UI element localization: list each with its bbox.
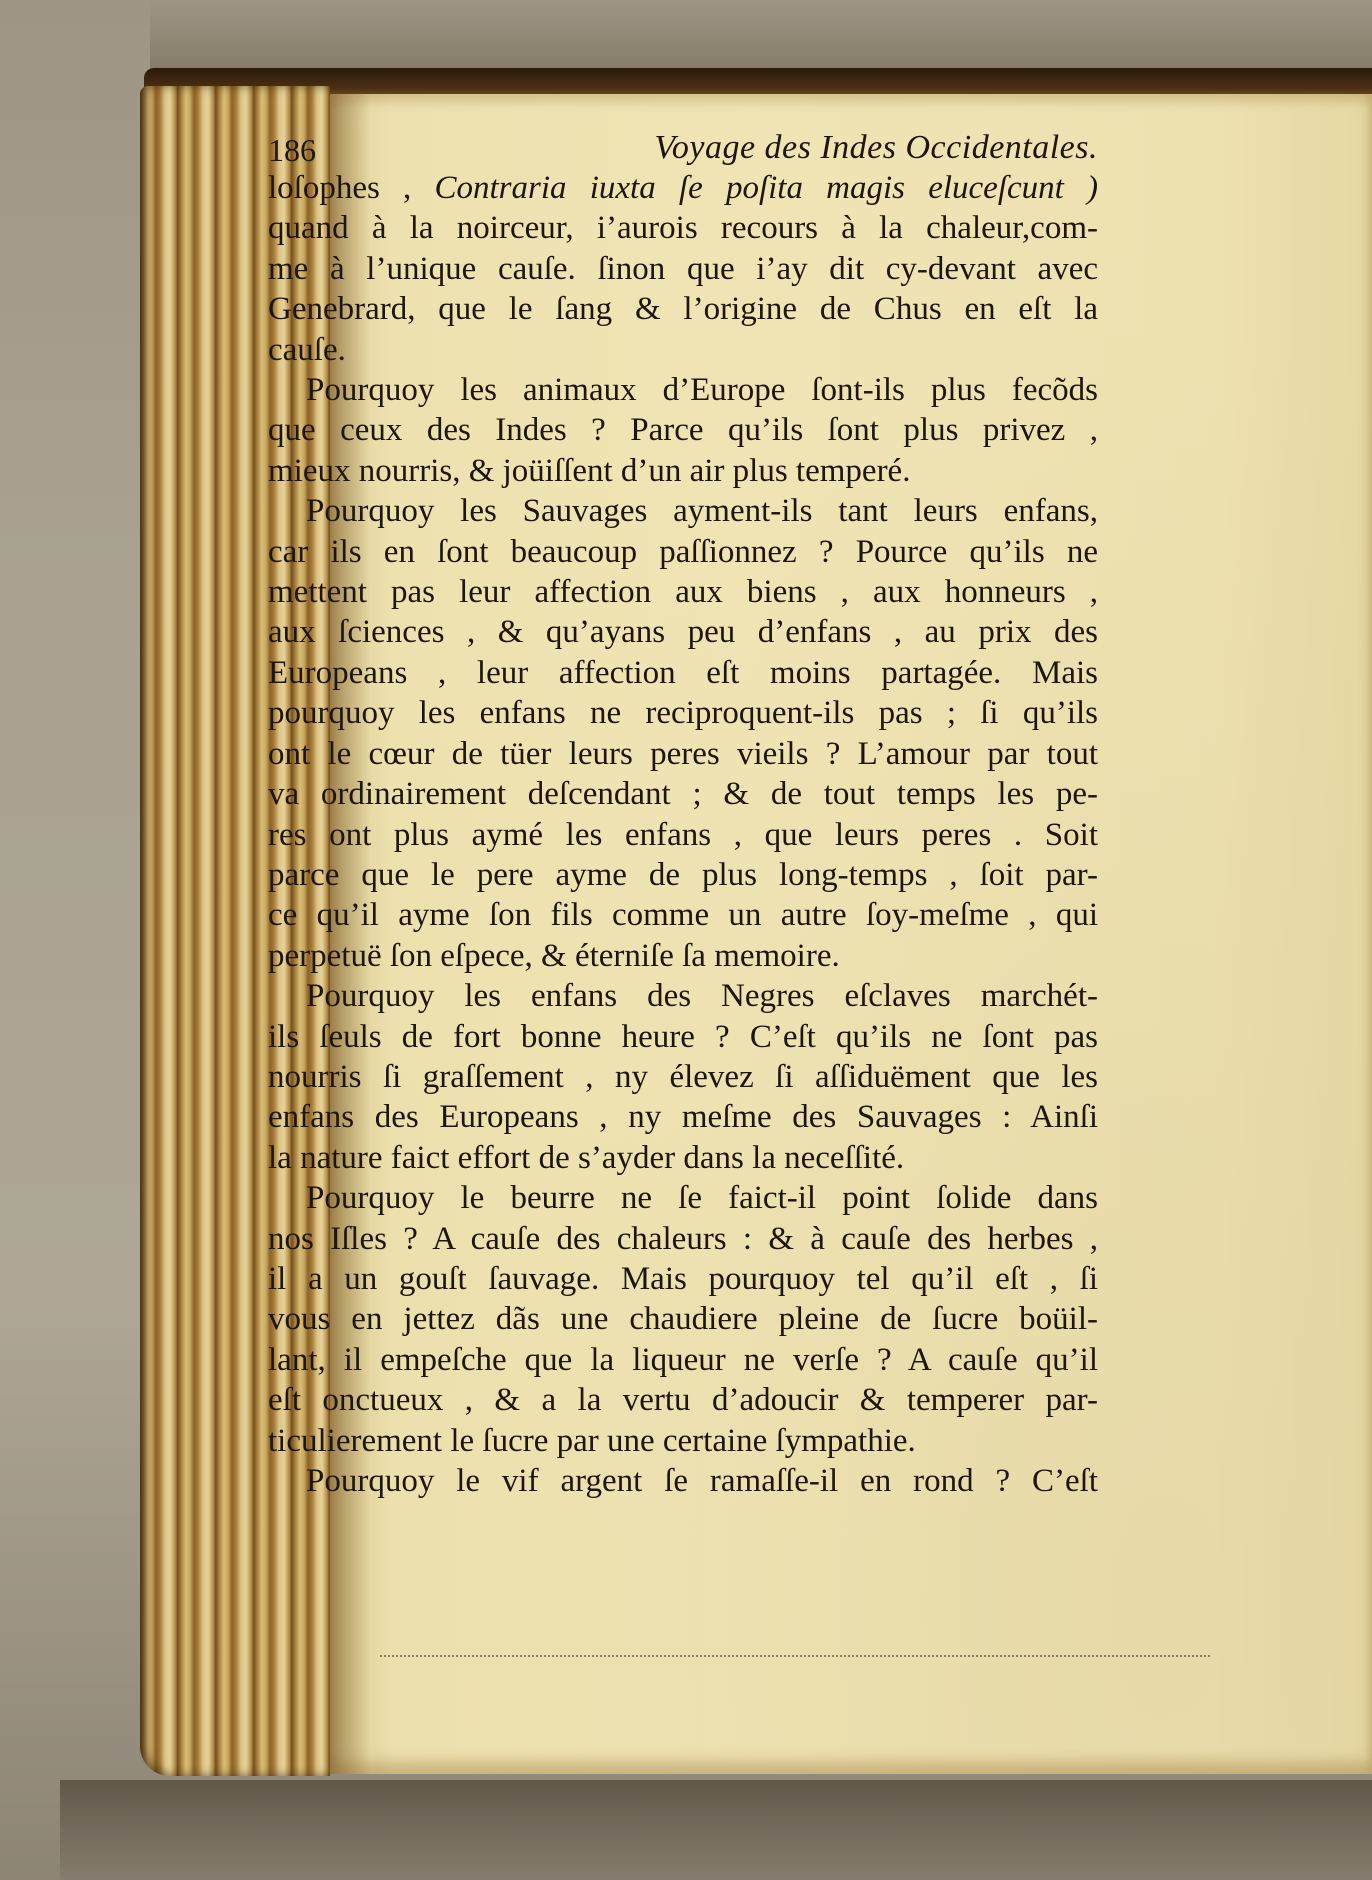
text-line: vous en jettez dãs une chaudiere pleine … bbox=[268, 1299, 1098, 1339]
text-line: ce qu’il ayme ſon fils comme un autre ſo… bbox=[268, 895, 1098, 935]
text-line: pourquoy les enfans ne reciproquent-ils … bbox=[268, 693, 1098, 733]
text-line: res ont plus aymé les enfans , que leurs… bbox=[268, 815, 1098, 855]
text-line: la nature faict effort de s’ayder dans l… bbox=[268, 1138, 1098, 1178]
text-line: nourris ſi graſſement , ny élevez ſi aſſ… bbox=[268, 1057, 1098, 1097]
text-line: que ceux des Indes ? Parce qu’ils ſont p… bbox=[268, 410, 1098, 450]
text-line: va ordinairement deſcendant ; & de tout … bbox=[268, 774, 1098, 814]
text-line: loſophes , Contraria iuxta ſe poſita mag… bbox=[268, 168, 1098, 208]
text-line: il a un gouſt ſauvage. Mais pourquoy tel… bbox=[268, 1259, 1098, 1299]
latin-quote: Contraria iuxta ſe poſita magis eluceſcu… bbox=[435, 170, 1099, 206]
text-line: Pourquoy le beurre ne ſe faict-il point … bbox=[268, 1178, 1098, 1218]
body-text: loſophes , Contraria iuxta ſe poſita mag… bbox=[268, 168, 1098, 1501]
text-line: nos Iſles ? A cauſe des chaleurs : & à c… bbox=[268, 1219, 1098, 1259]
text-line: mieux nourris, & joüiſſent d’un air plus… bbox=[268, 451, 1098, 491]
running-title: Voyage des Indes Occidentales. bbox=[654, 128, 1098, 168]
text-line: quand à la noirceur, i’aurois recours à … bbox=[268, 208, 1098, 248]
text-line: car ils en ſont beaucoup paſſionnez ? Po… bbox=[268, 532, 1098, 572]
text-line: Pourquoy les Sauvages ayment-ils tant le… bbox=[268, 491, 1098, 531]
ink-smudge-line bbox=[380, 1655, 1210, 1661]
photo-scene: 186 Voyage des Indes Occidentales. loſop… bbox=[0, 0, 1372, 1880]
text-line: Pourquoy les animaux d’Europe ſont-ils p… bbox=[268, 370, 1098, 410]
text-line: lant, il empeſche que la liqueur ne verſ… bbox=[268, 1340, 1098, 1380]
text-line: enfans des Europeans , ny meſme des Sauv… bbox=[268, 1097, 1098, 1137]
text-line: Genebrard, que le ſang & l’origine de Ch… bbox=[268, 289, 1098, 329]
text-line: aux ſciences , & qu’ayans peu d’enfans ,… bbox=[268, 612, 1098, 652]
text-line: cauſe. bbox=[268, 330, 1098, 370]
page-text-block: 186 Voyage des Indes Occidentales. loſop… bbox=[268, 124, 1098, 1501]
text-span: loſophes , bbox=[268, 170, 435, 206]
text-line: eſt onctueux , & a la vertu d’adoucir & … bbox=[268, 1380, 1098, 1420]
text-line: me à l’unique cauſe. ſinon que i’ay dit … bbox=[268, 249, 1098, 289]
page-number: 186 bbox=[268, 130, 316, 170]
text-line: ticulierement le ſucre par une certaine … bbox=[268, 1421, 1098, 1461]
text-line: parce que le pere ayme de plus long-temp… bbox=[268, 855, 1098, 895]
text-line: perpetuë ſon eſpece, & éterniſe ſa memoi… bbox=[268, 936, 1098, 976]
background-shadow-bottom bbox=[60, 1780, 1372, 1880]
text-line: Europeans , leur affection eſt moins par… bbox=[268, 653, 1098, 693]
text-line: Pourquoy le vif argent ſe ramaſſe-il en … bbox=[268, 1461, 1098, 1501]
text-line: ils ſeuls de fort bonne heure ? C’eſt qu… bbox=[268, 1017, 1098, 1057]
text-line: ont le cœur de tüer leurs peres vieils ?… bbox=[268, 734, 1098, 774]
running-head: 186 Voyage des Indes Occidentales. bbox=[268, 124, 1098, 168]
text-line: mettent pas leur affection aux biens , a… bbox=[268, 572, 1098, 612]
text-line: Pourquoy les enfans des Negres eſclaves … bbox=[268, 976, 1098, 1016]
